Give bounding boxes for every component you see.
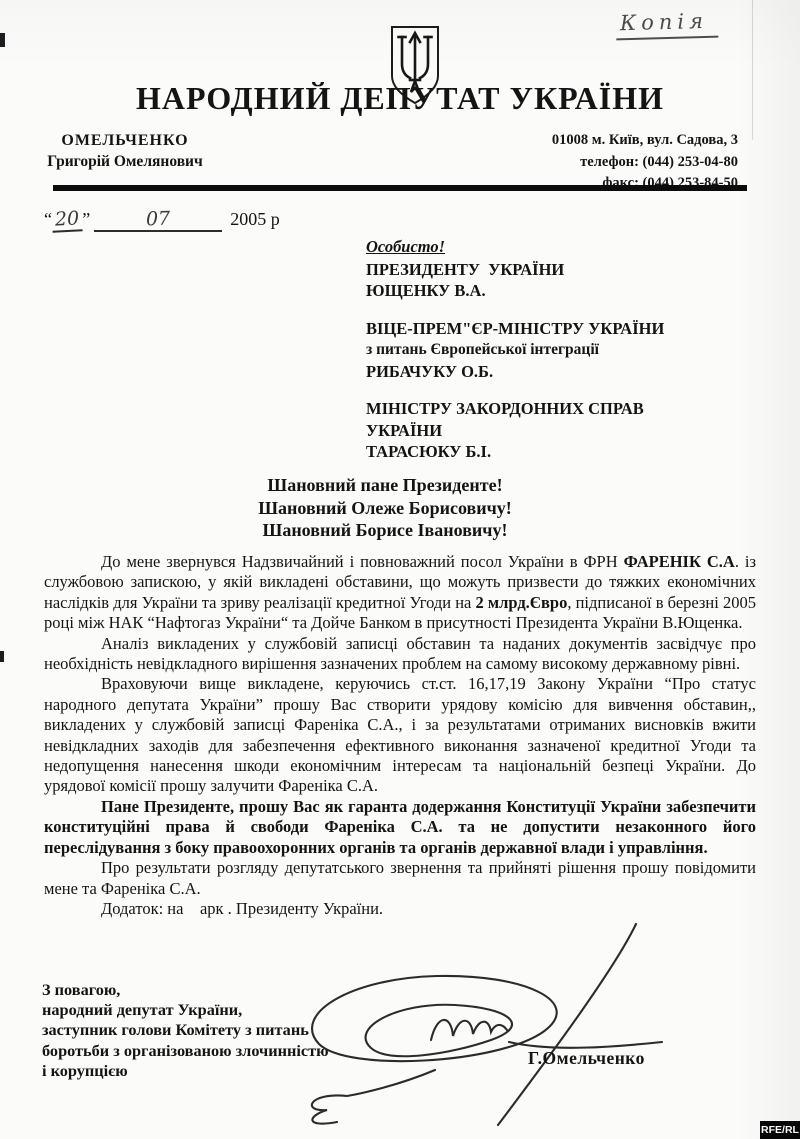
recipient-line: ПРЕЗИДЕНТУ УКРАЇНИ [366, 259, 664, 281]
scan-edge-line [752, 0, 753, 140]
signature-scribble [285, 920, 665, 1135]
recipient-line: з питань Європейської інтеграції [366, 339, 664, 361]
body-paragraph: Про результати розгляду депутатського зв… [44, 858, 756, 899]
recipient-line: ТАРАСЮКУ Б.І. [366, 441, 664, 463]
recipient-line: ВІЦЕ-ПРЕМ"ЄР-МІНІСТРУ УКРАЇНИ [366, 318, 664, 340]
recipient-line: РИБАЧУКУ О.Б. [366, 361, 664, 383]
rfe-rl-watermark: RFE/RL [760, 1121, 800, 1139]
personal-note: Особисто! [366, 236, 664, 258]
date-year: 2005 р [230, 209, 280, 229]
handwritten-month: 07 [146, 208, 171, 231]
scanned-letter-page: Копія НАРОДНИЙ ДЕПУТАТ УКРАЇНИ ОМЕЛЬЧЕНК… [0, 0, 800, 1139]
contact-fax: факс: (044) 253-84-50 [552, 173, 738, 195]
date-line: “20”072005 р [44, 208, 280, 232]
close-quote: ” [82, 209, 90, 229]
letter-body: До мене звернувся Надзвичайний і повнова… [44, 552, 756, 919]
deputy-fullname: Григорій Омелянович [30, 153, 220, 171]
body-paragraph: Враховуючи вище викладене, керуючись ст.… [44, 674, 756, 796]
date-blank-line: 07 [94, 208, 222, 232]
body-paragraph: Аналіз викладених у службовій записці об… [44, 634, 756, 675]
contact-address: 01008 м. Київ, вул. Садова, 3 [552, 130, 738, 152]
recipient-line: МІНІСТРУ ЗАКОРДОННИХ СПРАВ [366, 398, 664, 420]
handwritten-day: 20 [51, 207, 82, 233]
salutation-block: Шановний пане Президенте! Шановний Олеже… [150, 474, 620, 542]
salutation-line: Шановний пане Президенте! [150, 474, 620, 497]
handwritten-note: Копія [616, 9, 719, 41]
attachment-line: Додаток: на арк . Президенту України. [44, 899, 756, 919]
deputy-surname: ОМЕЛЬЧЕНКО [30, 132, 220, 150]
recipient-line: ЮЩЕНКУ В.А. [366, 280, 664, 302]
scan-edge-mark [0, 651, 4, 662]
letterhead-title: НАРОДНИЙ ДЕПУТАТ УКРАЇНИ [0, 80, 800, 117]
salutation-line: Шановний Борисе Івановичу! [150, 519, 620, 542]
body-paragraph: Пане Президенте, прошу Вас як гаранта до… [44, 797, 756, 858]
signature-name: Г.Омельченко [528, 1048, 645, 1069]
scan-edge-mark [0, 33, 5, 47]
body-paragraph: До мене звернувся Надзвичайний і повнова… [44, 552, 756, 634]
contact-phone: телефон: (044) 253-04-80 [552, 152, 738, 174]
letterhead-divider [53, 185, 747, 191]
recipient-block: Особисто! ПРЕЗИДЕНТУ УКРАЇНИ ЮЩЕНКУ В.А.… [366, 236, 664, 479]
recipient-line: УКРАЇНИ [366, 420, 664, 442]
salutation-line: Шановний Олеже Борисовичу! [150, 497, 620, 520]
deputy-name-block: ОМЕЛЬЧЕНКО Григорій Омелянович [30, 132, 220, 171]
